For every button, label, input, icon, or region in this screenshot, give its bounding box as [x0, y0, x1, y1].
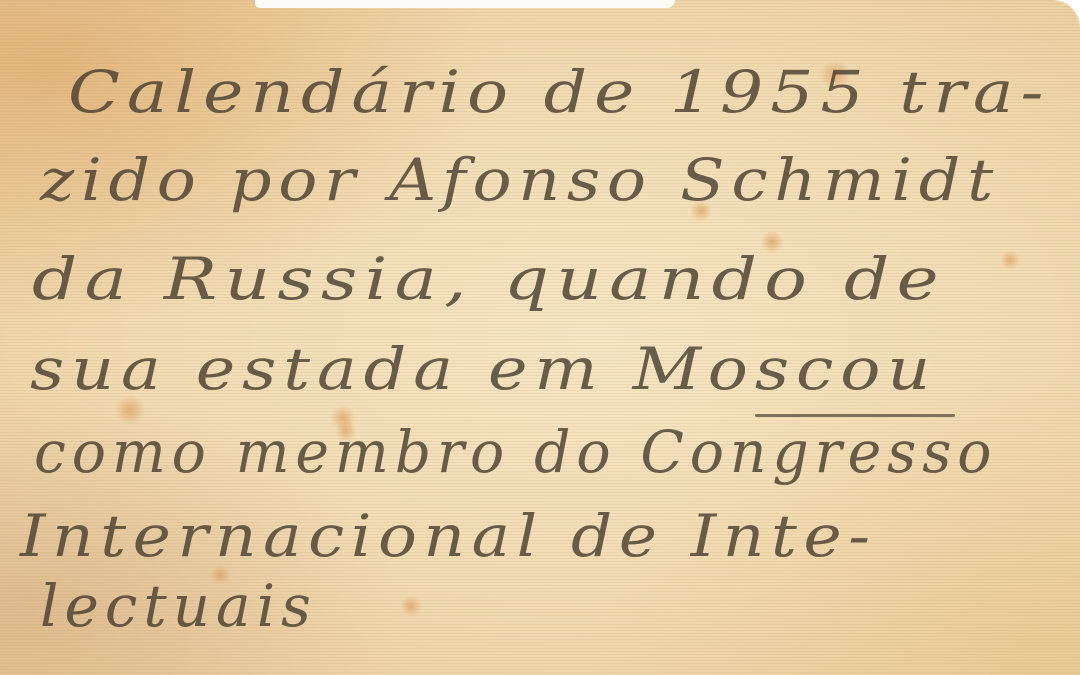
- foxing-stain: [1000, 250, 1020, 270]
- torn-edge: [255, 0, 675, 8]
- moscou-underline: [755, 414, 955, 417]
- aged-paper-card: Calendário de 1955 tra- zido por Afonso …: [0, 0, 1080, 675]
- handwritten-line-6: Internacional de Inte-: [20, 502, 877, 570]
- handwritten-line-5: como membro do Congresso: [34, 418, 997, 486]
- handwritten-line-7: lectuais: [40, 572, 317, 640]
- foxing-stain: [400, 595, 422, 617]
- handwritten-line-2: zido por Afonso Schmidt: [40, 146, 1000, 214]
- handwritten-line-1: Calendário de 1955 tra-: [68, 58, 1050, 126]
- handwritten-line-3: da Russia, quando de: [32, 245, 946, 313]
- handwritten-line-4: sua estada em Moscou: [30, 335, 937, 403]
